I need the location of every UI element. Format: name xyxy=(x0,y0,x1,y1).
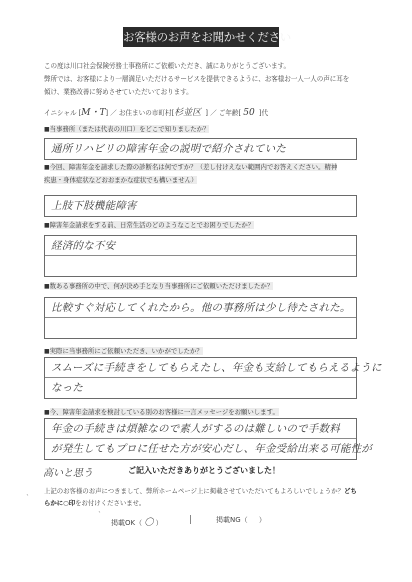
initial-value[interactable]: M・T xyxy=(81,108,105,118)
question-5-label: ■実際に当事務所にご依頼いただき、いかがでしたか？ xyxy=(44,346,203,355)
question-4-answer-box[interactable]: 比較すぐ対応してくれたから。他の事務所は少し待たされた。 xyxy=(44,297,357,339)
question-4-label: ■数ある事務所の中で、何が決め手となり当事務所にご依頼いただけましたか？ xyxy=(44,281,273,290)
answer-row: なった xyxy=(45,378,356,398)
profile-line: イニシャル [M・T] ／ お住まいの市町村[杉並区 ] ／ ご年齢[ 50 ]… xyxy=(44,105,268,118)
answer-row: スムーズに手続きをしてもらえたし、年金も支給してもらえるように xyxy=(45,358,356,378)
question-3-answer-box[interactable]: 経済的な不安 xyxy=(44,235,357,277)
answer-text: 通所リハビリの障害年金の説明で紹介されていた xyxy=(51,141,286,156)
stray-mark: ` xyxy=(26,494,30,502)
answer-text: 経済的な不安 xyxy=(51,238,115,253)
publish-question-line-2: らかに○印をお付けくださいませ。 xyxy=(44,498,145,507)
question-2-answer-box[interactable]: 上肢下肢機能障害 xyxy=(44,195,357,217)
answer-row: 比較すぐ対応してくれたから。他の事務所は少し待たされた。 xyxy=(45,298,356,318)
stray-mark: ` xyxy=(98,511,102,519)
square-bullet-icon: ■ xyxy=(44,409,50,416)
question-6-answer-box[interactable]: 年金の手続きは煩雑なので素人がするのは難しいので手数料 が発生してもプロに任せた… xyxy=(44,418,357,460)
intro-line-1: この度は川口社会保険労務士事務所にご依頼いただき、誠にありがとうございます。 xyxy=(44,60,290,70)
publish-ok-option[interactable]: 掲載OK（ 〇 ） xyxy=(111,515,163,528)
intro-line-3: 傾け、業務改善に努めさせていただいております。 xyxy=(44,86,193,96)
answer-text: 比較すぐ対応してくれたから。他の事務所は少し待たされた。 xyxy=(51,300,351,315)
square-bullet-icon: ■ xyxy=(44,126,50,133)
age-value[interactable]: 50 xyxy=(243,108,254,118)
square-bullet-icon: ■ xyxy=(44,348,50,355)
answer-row xyxy=(45,318,356,338)
answer-text: なった xyxy=(51,380,83,395)
answer-row: 年金の手続きは煩雑なので素人がするのは難しいので手数料 xyxy=(45,419,356,439)
city-label: お住まいの市町村 xyxy=(119,109,172,117)
answer-row: 上肢下肢機能障害 xyxy=(45,196,356,216)
intro-line-2: 弊所では、お客様により一層満足いただけるサービスを提供できるように、お客様お一人… xyxy=(44,73,349,83)
question-6-label: ■今、障害年金請求を検討している別のお客様に一言メッセージをお願いします。 xyxy=(44,407,279,416)
initial-label: イニシャル xyxy=(44,109,77,117)
question-1-answer-box[interactable]: 通所リハビリの障害年金の説明で紹介されていた xyxy=(44,138,357,160)
question-5-answer-box[interactable]: スムーズに手続きをしてもらえたし、年金も支給してもらえるように なった xyxy=(44,357,357,399)
age-suffix: 代 xyxy=(261,109,268,117)
separator: ／ xyxy=(210,109,217,117)
answer-text: スムーズに手続きをしてもらえたし、年金も支給してもらえるように xyxy=(51,360,382,375)
question-1-label: ■当事務所（または代表の川口）をどこで知りましたか？ xyxy=(44,124,209,133)
answer-row xyxy=(45,256,356,276)
answer-row: 通所リハビリの障害年金の説明で紹介されていた xyxy=(45,139,356,159)
publish-ng-option[interactable]: 掲載NG（ ） xyxy=(216,515,266,525)
square-bullet-icon: ■ xyxy=(44,283,50,290)
separator: ／ xyxy=(110,109,117,117)
answer-overflow-text: 高いと思う xyxy=(43,464,93,479)
answer-text: 年金の手続きは煩雑なので素人がするのは難しいので手数料 xyxy=(51,421,340,436)
question-3-label: ■障害年金請求をする前、日常生活のどのようなことでお困りでしたか？ xyxy=(44,220,254,229)
publish-question-line-1: 上記のお客様のお声につきまして、弊所ホームページ上に掲載させていただいてもよろし… xyxy=(44,486,357,495)
answer-text: 上肢下肢機能障害 xyxy=(51,198,137,213)
age-label: ご年齢 xyxy=(219,109,239,117)
answer-row: が発生してもプロに任せた方が安心だし、年金受給出来る可能性が xyxy=(45,439,356,459)
option-divider xyxy=(190,515,191,524)
city-value[interactable]: 杉並区 xyxy=(174,108,201,118)
page-title: お客様のお声をお聞かせください xyxy=(123,27,279,47)
thanks-message: ご記入いただきありがとうございました！ xyxy=(128,465,280,476)
question-2-label-cont: 疾患・身体症状などおおまかな症状でも構いません） xyxy=(44,175,197,184)
square-bullet-icon: ■ xyxy=(44,222,50,229)
circle-mark: 〇 xyxy=(144,518,153,528)
answer-row: 経済的な不安 xyxy=(45,236,356,256)
answer-text: が発生してもプロに任せた方が安心だし、年金受給出来る可能性が xyxy=(51,441,372,456)
question-2-label: ■今回、障害年金を請求した際の診断名は何ですか？（差し付けえない範囲内でお答えく… xyxy=(44,162,337,171)
square-bullet-icon: ■ xyxy=(44,164,50,171)
